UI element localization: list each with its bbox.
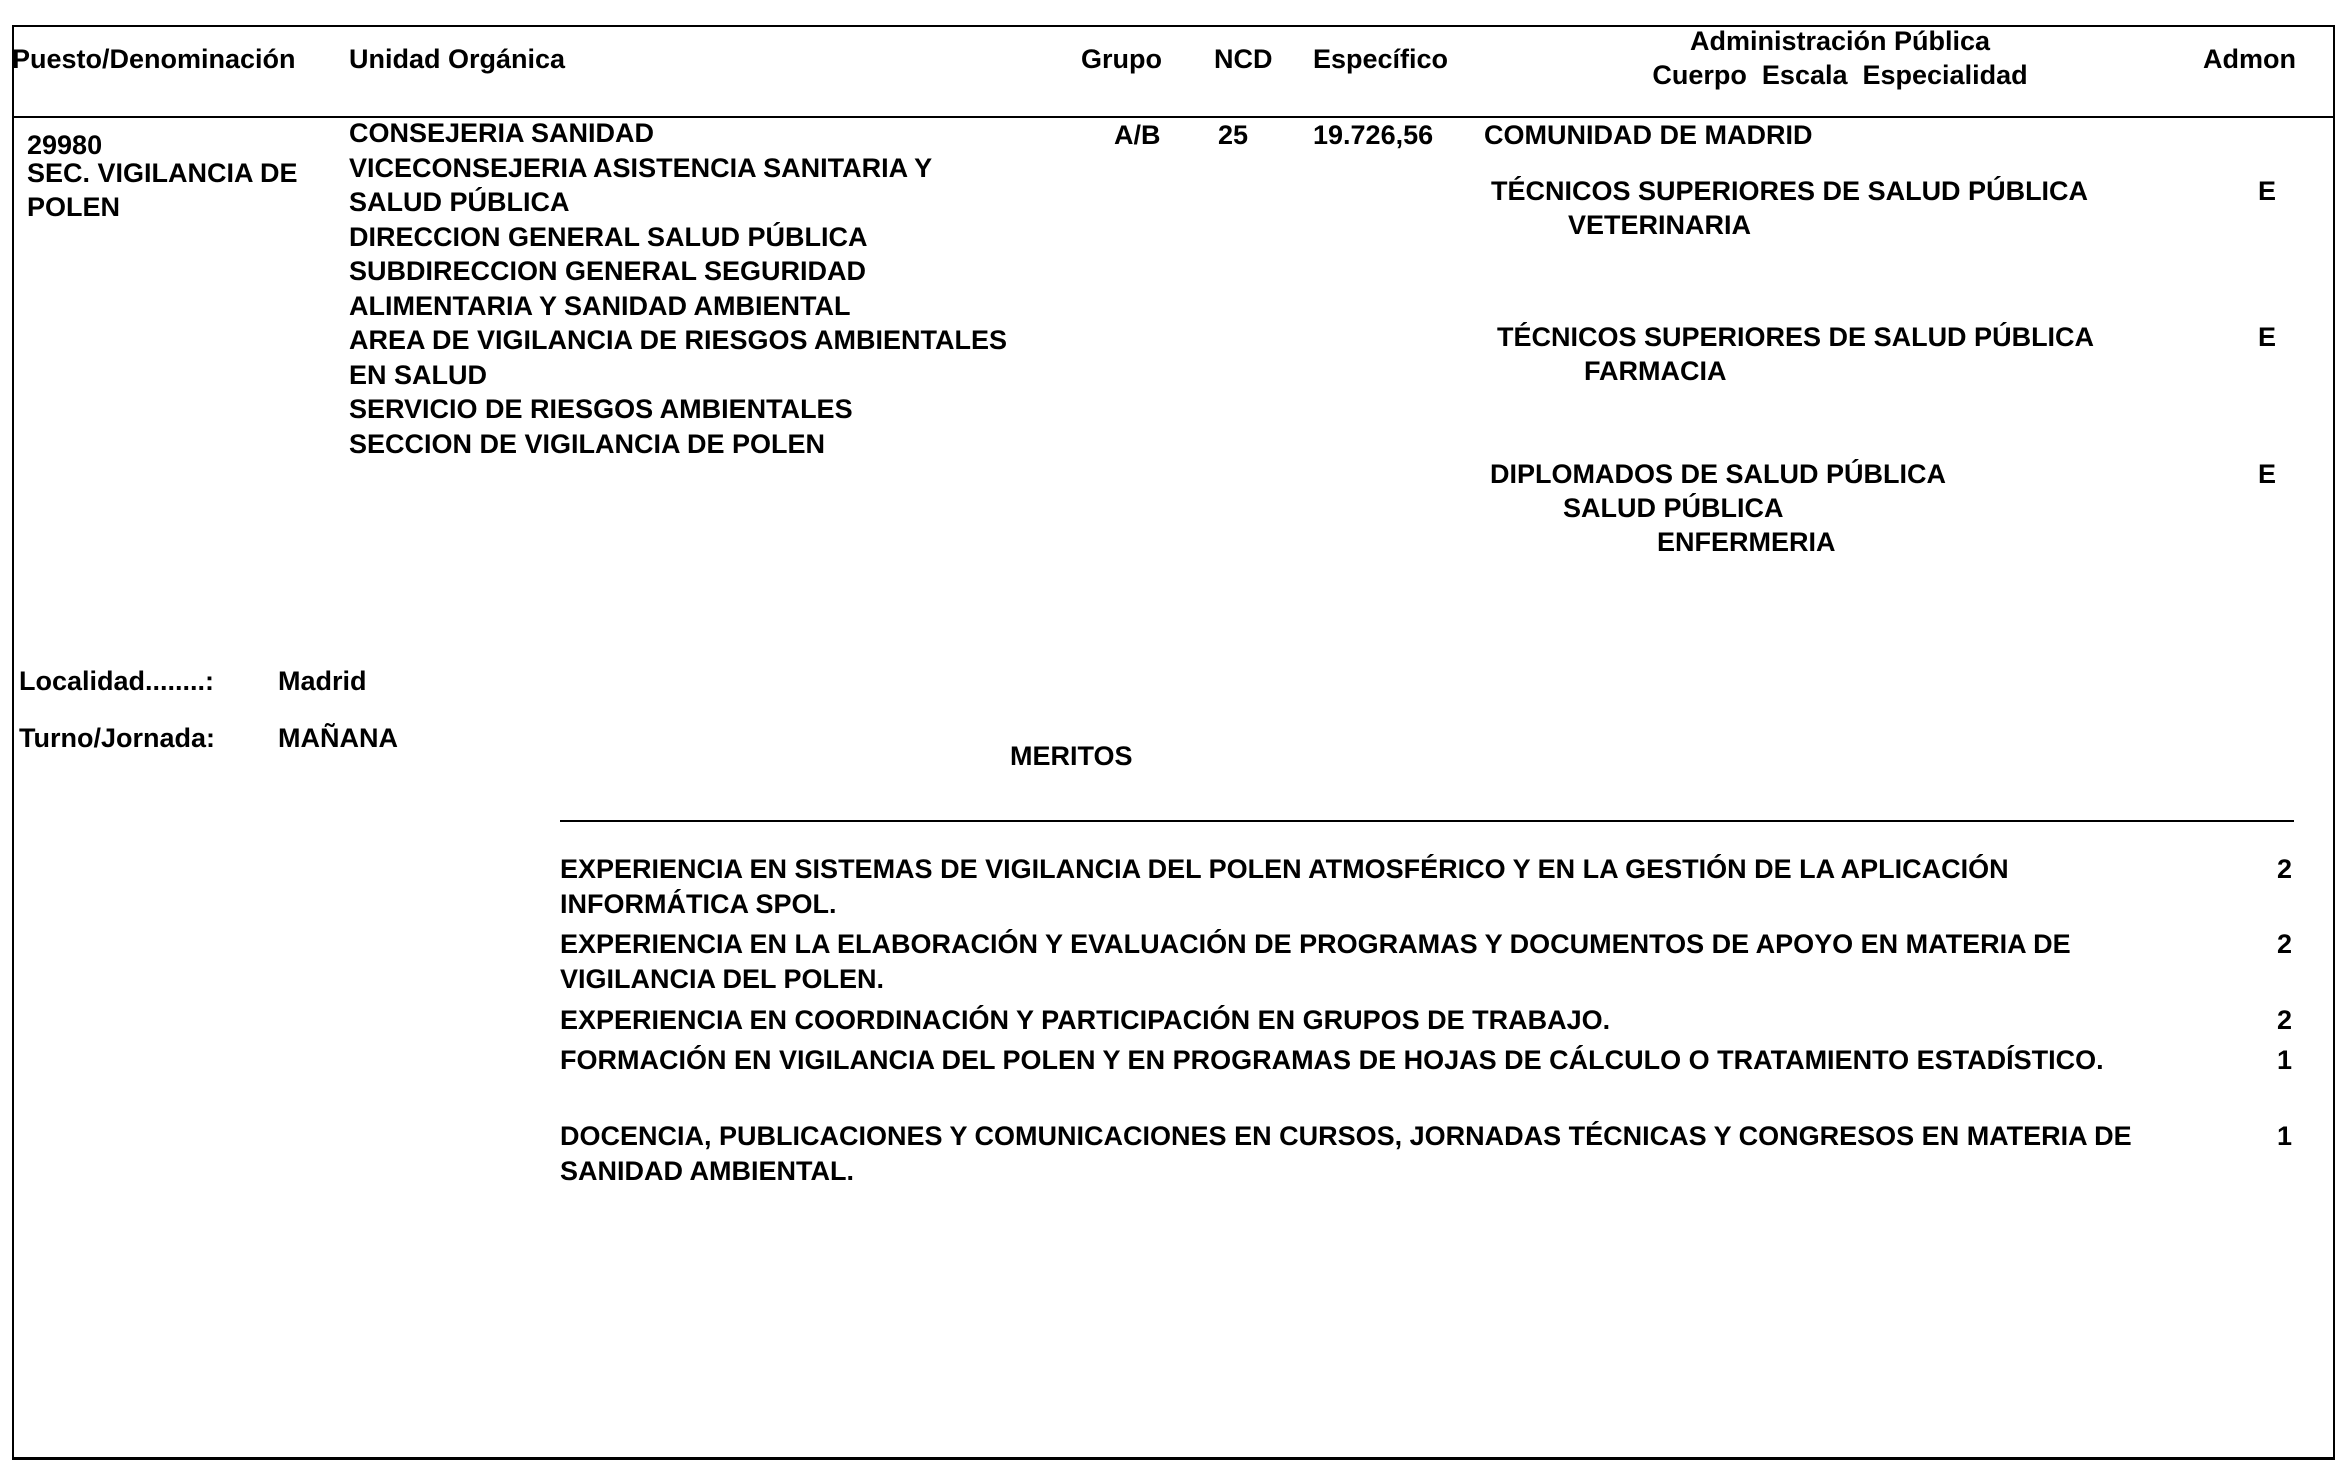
merito-text: FORMACIÓN EN VIGILANCIA DEL POLEN Y EN P… xyxy=(560,1043,2180,1078)
escala-1: VETERINARIA xyxy=(1568,208,1751,242)
cuerpo-3: DIPLOMADOS DE SALUD PÚBLICA xyxy=(1490,457,1946,491)
puesto-denominacion-1: SEC. VIGILANCIA DE xyxy=(27,156,298,190)
header-cuerpo-escala: Cuerpo Escala Especialidad xyxy=(1580,58,2100,92)
administracion-value: COMUNIDAD DE MADRID xyxy=(1484,118,1812,152)
header-grupo: Grupo xyxy=(1081,42,1162,76)
unidad-line: CONSEJERIA SANIDAD xyxy=(349,116,1007,151)
merito-points: 2 xyxy=(2277,852,2292,887)
merito-text: EXPERIENCIA EN LA ELABORACIÓN Y EVALUACI… xyxy=(560,927,2180,996)
unidad-line: SUBDIRECCION GENERAL SEGURIDAD xyxy=(349,254,1007,289)
merito-points: 1 xyxy=(2277,1119,2292,1154)
unidad-line: DIRECCION GENERAL SALUD PÚBLICA xyxy=(349,220,1007,255)
unidad-line: AREA DE VIGILANCIA DE RIESGOS AMBIENTALE… xyxy=(349,323,1007,358)
unidad-line: VICECONSEJERIA ASISTENCIA SANITARIA Y xyxy=(349,151,1007,186)
turno-value: MAÑANA xyxy=(278,721,398,755)
merito-text: EXPERIENCIA EN COORDINACIÓN Y PARTICIPAC… xyxy=(560,1003,2180,1038)
cuerpo-2: TÉCNICOS SUPERIORES DE SALUD PÚBLICA xyxy=(1497,320,2094,354)
turno-label: Turno/Jornada: xyxy=(19,721,215,755)
puesto-denominacion-2: POLEN xyxy=(27,190,120,224)
especifico-value: 19.726,56 xyxy=(1313,118,1433,152)
grupo-value: A/B xyxy=(1114,118,1161,152)
merito-points: 1 xyxy=(2277,1043,2292,1078)
unidad-line: EN SALUD xyxy=(349,358,1007,393)
localidad-label: Localidad........: xyxy=(19,664,214,698)
unidad-line: ALIMENTARIA Y SANIDAD AMBIENTAL xyxy=(349,289,1007,324)
unidad-line: SALUD PÚBLICA xyxy=(349,185,1007,220)
merito-points: 2 xyxy=(2277,1003,2292,1038)
escala-3: SALUD PÚBLICA xyxy=(1563,491,1784,525)
escala-2: FARMACIA xyxy=(1584,354,1727,388)
admon-3: E xyxy=(2258,457,2276,491)
unidad-line: SECCION DE VIGILANCIA DE POLEN xyxy=(349,427,1007,462)
merito-points: 2 xyxy=(2277,927,2292,962)
localidad-value: Madrid xyxy=(278,664,367,698)
especialidad-3: ENFERMERIA xyxy=(1657,525,1836,559)
merito-text: EXPERIENCIA EN SISTEMAS DE VIGILANCIA DE… xyxy=(560,852,2180,921)
header-unidad: Unidad Orgánica xyxy=(349,42,565,76)
merito-text: DOCENCIA, PUBLICACIONES Y COMUNICACIONES… xyxy=(560,1119,2180,1188)
cuerpo-1: TÉCNICOS SUPERIORES DE SALUD PÚBLICA xyxy=(1491,174,2088,208)
ncd-value: 25 xyxy=(1218,118,1248,152)
meritos-divider xyxy=(560,820,2294,822)
header-ncd: NCD xyxy=(1214,42,1273,76)
unidad-line: SERVICIO DE RIESGOS AMBIENTALES xyxy=(349,392,1007,427)
admon-1: E xyxy=(2258,174,2276,208)
header-especifico: Específico xyxy=(1313,42,1448,76)
admon-2: E xyxy=(2258,320,2276,354)
meritos-title: MERITOS xyxy=(1010,739,1133,773)
unidad-organica: CONSEJERIA SANIDAD VICECONSEJERIA ASISTE… xyxy=(349,116,1007,461)
header-admon: Admon xyxy=(2203,42,2296,76)
header-admin-publica: Administración Pública xyxy=(1580,24,2100,58)
header-puesto: Puesto/Denominación xyxy=(12,42,296,76)
